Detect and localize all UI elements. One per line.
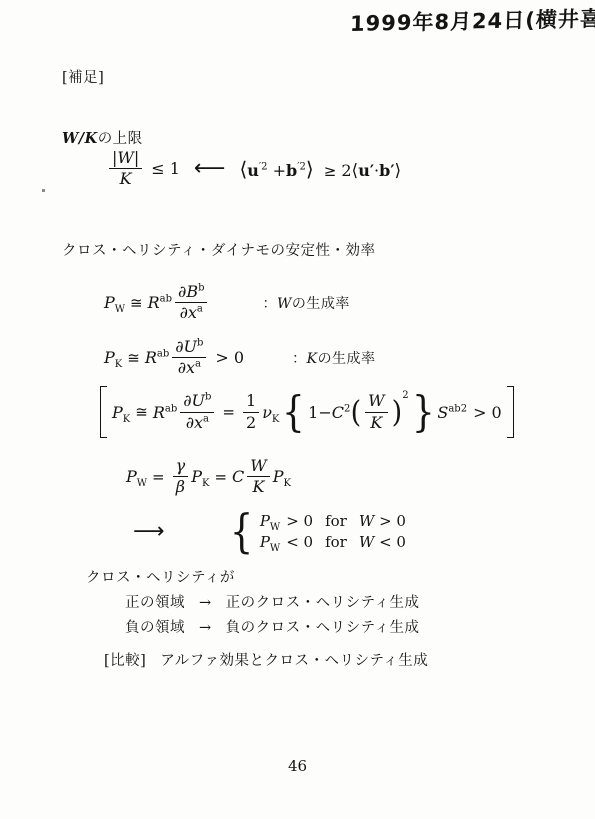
equals-symbol: = bbox=[214, 468, 227, 486]
pk-symbol: PK bbox=[112, 403, 130, 422]
fraction-dU-dx: ∂Ub ∂xa bbox=[172, 338, 206, 378]
pw-symbol: PW bbox=[126, 467, 147, 486]
equation-pk-expanded: PK ≅ Rab ∂Ub ∂xa = 1 2 νK { 1− C2 ( W K … bbox=[100, 386, 514, 438]
cases-brace: { bbox=[229, 512, 252, 551]
right-arrow: → bbox=[199, 620, 212, 636]
fraction-dU-dx: ∂Ub ∂xa bbox=[180, 392, 214, 432]
cong-symbol: ≅ bbox=[127, 349, 140, 367]
left-paren: ( bbox=[351, 399, 362, 426]
left-square-bracket bbox=[100, 386, 107, 438]
greater-than-zero: > 0 bbox=[473, 403, 502, 422]
energy-inequality: ⟨u′2 +b′2⟩ ≥2⟨u′·b′⟩ bbox=[239, 157, 401, 181]
cross-helicity-negative-row: 負の領域 → 負のクロス・ヘリシティ生成 bbox=[125, 616, 420, 637]
reynolds-tensor: Rab bbox=[153, 403, 177, 422]
region-label: 正の領域 bbox=[125, 591, 185, 612]
scan-artifact-speck bbox=[42, 189, 45, 192]
equation-sign-cases: ⟶ { PW > 0 for W > 0 PW < 0 for W < 0 bbox=[133, 512, 406, 551]
fraction-gamma-beta: γ β bbox=[173, 457, 189, 497]
cross-helicity-positive-row: 正の領域 → 正のクロス・ヘリシティ生成 bbox=[125, 591, 420, 612]
cross-helicity-intro: クロス・ヘリシティが bbox=[86, 566, 235, 587]
fraction-W-over-K: W K bbox=[365, 392, 387, 432]
left-curly-brace: { bbox=[282, 393, 305, 431]
long-right-arrow: ⟶ bbox=[133, 521, 165, 543]
right-paren: ) bbox=[391, 399, 402, 426]
leq-one: ≤ 1 bbox=[151, 159, 180, 178]
equation-pk-definition: PK ≅ Rab ∂Ub ∂xa > 0 ：Kの生成率 bbox=[104, 338, 376, 378]
pw-symbol: PW bbox=[104, 293, 125, 312]
comparison-text: アルファ効果とクロス・ヘリシティ生成 bbox=[160, 649, 428, 670]
cases-rows: PW > 0 for W > 0 PW < 0 for W < 0 bbox=[260, 512, 406, 551]
fraction-dB-dx: ∂Bb ∂xa bbox=[175, 283, 207, 323]
supplement-label: [補足] bbox=[62, 66, 104, 87]
equation-pw-pk-relation: PW = γ β PK = C W K PK bbox=[126, 457, 291, 497]
equals-symbol: = bbox=[222, 403, 235, 421]
result-label: 正のクロス・ヘリシティ生成 bbox=[226, 591, 420, 612]
equals-symbol: = bbox=[152, 468, 165, 486]
right-arrow: → bbox=[199, 595, 212, 611]
pk-symbol: PK bbox=[191, 467, 209, 486]
greater-than-zero: > 0 bbox=[215, 348, 244, 367]
pk-annotation: ：Kの生成率 bbox=[292, 348, 375, 368]
long-left-arrow: ⟵ bbox=[194, 158, 226, 180]
stability-efficiency-heading: クロス・ヘリシティ・ダイナモの安定性・効率 bbox=[62, 239, 376, 260]
reynolds-tensor: Rab bbox=[145, 348, 169, 367]
right-curly-brace: } bbox=[412, 393, 435, 431]
strain-tensor: Sab2 bbox=[437, 403, 467, 422]
pw-annotation: ：Wの生成率 bbox=[262, 293, 349, 313]
fraction-absW-over-K: |W| K bbox=[109, 149, 142, 189]
wk-upper-limit-heading: W/Kの上限 bbox=[62, 127, 143, 148]
equation-wk-upper-limit: |W| K ≤ 1 ⟵ ⟨u′2 +b′2⟩ ≥2⟨u′·b′⟩ bbox=[106, 149, 401, 189]
scanned-note-page: 1999年8月24日(横井喜充) [補足] W/Kの上限 |W| K ≤ 1 ⟵… bbox=[0, 0, 595, 819]
right-square-bracket bbox=[507, 386, 514, 438]
comparison-line: [比較] アルファ効果とクロス・ヘリシティ生成 bbox=[104, 649, 428, 670]
case-row-positive: PW > 0 for W > 0 bbox=[260, 512, 406, 530]
C-coefficient: C bbox=[232, 467, 244, 486]
result-label: 負のクロス・ヘリシティ生成 bbox=[226, 616, 420, 637]
reynolds-tensor: Rab bbox=[148, 293, 172, 312]
fraction-one-half: 1 2 bbox=[243, 392, 259, 432]
page-number: 46 bbox=[0, 757, 595, 775]
wk-variable: W/K bbox=[62, 130, 98, 147]
handwritten-date: 1999年8月24日(横井喜充) bbox=[350, 2, 595, 38]
C-squared: C2 bbox=[332, 403, 351, 422]
case-row-negative: PW < 0 for W < 0 bbox=[260, 533, 406, 551]
region-label: 負の領域 bbox=[125, 616, 185, 637]
nu-viscosity: νK bbox=[262, 403, 279, 422]
wk-suffix: の上限 bbox=[98, 131, 143, 147]
cong-symbol: ≅ bbox=[135, 403, 148, 421]
pk-symbol: PK bbox=[273, 467, 291, 486]
pk-symbol: PK bbox=[104, 348, 122, 367]
comparison-label: [比較] bbox=[104, 649, 146, 670]
fraction-W-over-K: W K bbox=[247, 457, 269, 497]
equation-pw-definition: PW ≅ Rab ∂Bb ∂xa ：Wの生成率 bbox=[104, 283, 350, 323]
one-minus: 1− bbox=[308, 403, 332, 422]
cong-symbol: ≅ bbox=[130, 294, 143, 312]
